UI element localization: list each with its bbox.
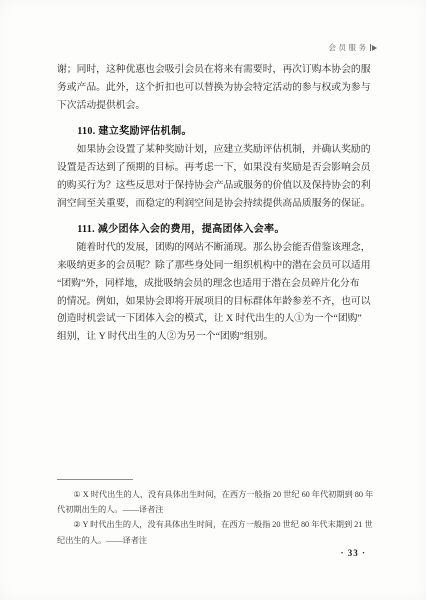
section-heading-111: 111. 减少团体入会的费用，提高团体入会率。 — [57, 221, 371, 239]
text-line: 代初期出生的人。——译者注 — [57, 502, 375, 517]
text-line: 的情况。例如，如果协会即将开展项目的目标群体年龄参差不齐，也可以 — [57, 293, 371, 311]
text-line: 随着时代的发展，团购的网站不断涌现。那么协会能否借鉴该理念， — [57, 239, 371, 257]
running-head: 会员服务 — [329, 42, 378, 53]
paragraph-110: 如果协会设置了某种奖励计划，应建立奖励评估机制，并确认奖励的设置是否达到了预期的… — [57, 141, 371, 212]
section-heading-110: 110. 建立奖励评估机制。 — [57, 123, 371, 141]
running-head-title: 会员服务 — [329, 42, 369, 53]
text-line: ① X 时代出生的人，没有具体出生时间，在西方一般指 20 世纪 60 年代初期… — [57, 487, 375, 502]
footnote-separator — [57, 479, 133, 480]
ornament-arrow — [372, 45, 377, 51]
footnotes: ① X 时代出生的人，没有具体出生时间，在西方一般指 20 世纪 60 年代初期… — [57, 487, 375, 548]
text-line: 下次活动提供机会。 — [57, 97, 371, 115]
paragraph-continuation: 谢；同时，这种优惠也会吸引会员在将来有需要时，再次订购本协会的服务或产品。此外，… — [57, 61, 371, 114]
ornament-bar — [370, 44, 371, 51]
text-line: 务或产品。此外，这个折扣也可以替换为协会特定活动的参与权或为参与 — [57, 79, 371, 97]
running-head-ornament-icon — [370, 44, 378, 51]
text-line: 创造时机尝试一下团体入会的模式，让 X 时代出生的人①为一个“团购” — [57, 310, 371, 328]
page-body: 谢；同时，这种优惠也会吸引会员在将来有需要时，再次订购本协会的服务或产品。此外，… — [57, 61, 371, 346]
page-number: · 33 · — [340, 548, 366, 558]
text-line: ② Y 时代出生的人，没有具体出生时间，在西方一般指 20 世纪 80 年代末期… — [57, 517, 375, 532]
text-line: “团购”外，同样地，成批吸纳会员的理念也适用于潜在会员碎片化分布 — [57, 275, 371, 293]
text-line: 设置是否达到了预期的目标。再考虑一下，如果没有奖励是否会影响会员 — [57, 159, 371, 177]
text-line: 来吸纳更多的会员呢？除了那些身处同一组织机构中的潜在会员可以适用 — [57, 257, 371, 275]
text-line: 润空间至关重要，而稳定的利润空间是协会持续提供高品质服务的保证。 — [57, 195, 371, 213]
text-line: 的购买行为？这些反思对于保持协会产品或服务的价值以及保持协会的利 — [57, 177, 371, 195]
footnote-1: ① X 时代出生的人，没有具体出生时间，在西方一般指 20 世纪 60 年代初期… — [57, 487, 375, 517]
paragraph-111: 随着时代的发展，团购的网站不断涌现。那么协会能否借鉴该理念，来吸纳更多的会员呢？… — [57, 239, 371, 346]
footnote-2: ② Y 时代出生的人，没有具体出生时间，在西方一般指 20 世纪 80 年代末期… — [57, 517, 375, 547]
text-line: 组别，让 Y 时代出生的人②为另一个“团购”组别。 — [57, 328, 371, 346]
text-line: 纪出生的人。——译者注 — [57, 533, 375, 548]
book-page: 会员服务 谢；同时，这种优惠也会吸引会员在将来有需要时，再次订购本协会的服务或产… — [0, 0, 426, 600]
text-line: 谢；同时，这种优惠也会吸引会员在将来有需要时，再次订购本协会的服 — [57, 61, 371, 79]
text-line: 如果协会设置了某种奖励计划，应建立奖励评估机制，并确认奖励的 — [57, 141, 371, 159]
